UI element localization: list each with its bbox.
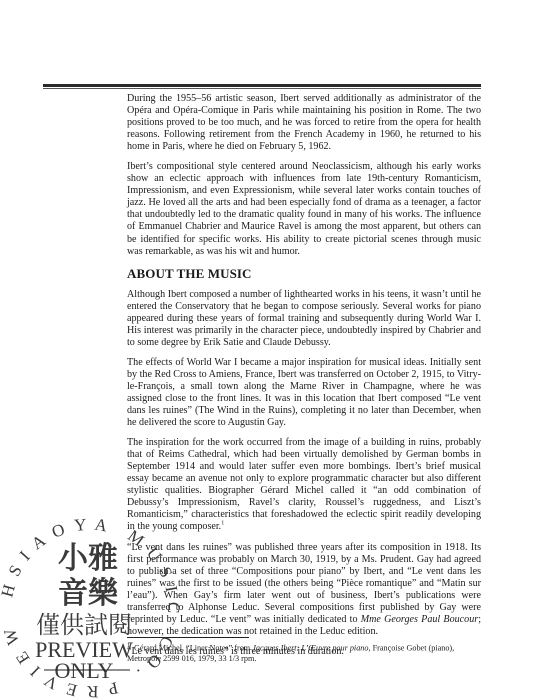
paragraph-bio-1: During the 1955–56 artistic season, Iber… — [127, 93, 481, 153]
paragraph-bio-2: Ibert’s compositional style centered aro… — [127, 161, 481, 257]
text-column: During the 1955–56 artistic season, Iber… — [127, 93, 481, 666]
header-rule — [43, 84, 481, 87]
paragraph-music-2: The effects of World War I became a majo… — [127, 357, 481, 429]
footnote-text: Gérard Michel, “Liner Notes” from — [134, 644, 252, 653]
paragraph-music-1: Although Ibert composed a number of ligh… — [127, 289, 481, 349]
paragraph-publication: “Le vent dans les ruines” was published … — [127, 542, 481, 638]
watermark-preview: PREVIEW — [35, 637, 133, 662]
watermark-chinese-3: 僅供試閱 — [36, 611, 132, 639]
footnote: 1Gérard Michel, “Liner Notes” from Jacqu… — [127, 641, 481, 664]
footnote-album-title: Jacques Ibert: L’Œuvre pour piano — [252, 644, 368, 653]
footnote-rule — [127, 637, 249, 638]
footnote-number: 1 — [127, 643, 130, 649]
footnote-reference[interactable]: 1 — [221, 521, 224, 527]
dedicatee-name: Mme Georges Paul Boucour — [361, 614, 478, 625]
section-heading: ABOUT THE MUSIC — [127, 266, 481, 282]
watermark-only: ONLY — [55, 658, 114, 683]
watermark-chinese-2: 音樂 — [58, 576, 119, 611]
watermark-chinese-1: 小雅 — [58, 541, 118, 576]
paragraph-music-3-text: The inspiration for the work occurred fr… — [127, 437, 481, 532]
paragraph-music-3: The inspiration for the work occurred fr… — [127, 437, 481, 533]
header-rule-thin — [43, 88, 481, 89]
publication-text: “Le vent dans les ruines” was published … — [127, 542, 481, 625]
